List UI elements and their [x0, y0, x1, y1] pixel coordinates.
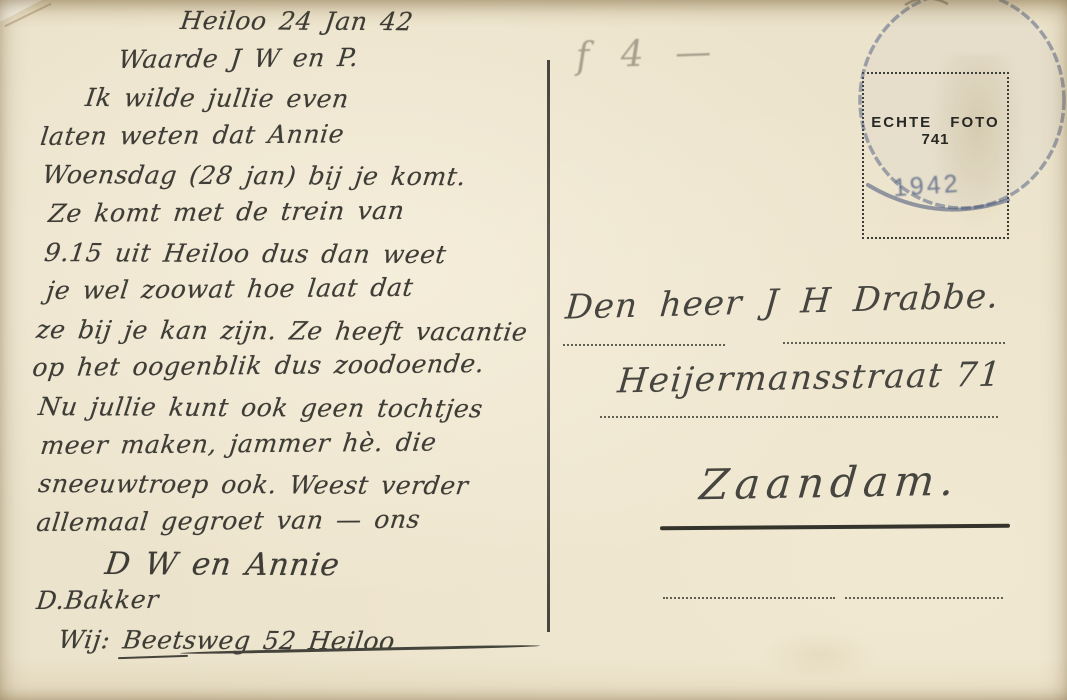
message-line: je wel zoowat hoe laat dat — [44, 272, 561, 315]
address-dotted-line — [663, 597, 835, 599]
message-line: laten weten dat Annie — [38, 117, 561, 160]
address-city: Zaandam. — [698, 456, 962, 510]
message-line: allemaal gegroet van — ons — [34, 503, 561, 546]
address-dotted-line — [563, 344, 725, 346]
city-underline — [660, 524, 1010, 530]
message-line: op het oogenblik dus zoodoende. — [30, 349, 561, 392]
address-dotted-line — [600, 416, 998, 418]
price-pencil-mark: f 4 — — [575, 31, 721, 77]
message-salutation: Waarde J W en P. — [116, 41, 561, 83]
address-dotted-line — [783, 342, 1005, 344]
postmark-year: 1942 — [892, 170, 961, 204]
address-dotted-line — [845, 597, 1003, 599]
stamp-box-number: 741 — [921, 131, 949, 148]
message-dateline: Heiloo 24 Jan 42 — [178, 6, 561, 47]
address-recipient: Den heer J H Drabbe. — [564, 276, 1001, 327]
message-line: Ze komt met de trein van — [46, 195, 561, 238]
stamp-box: ECHTE FOTO 741 — [862, 72, 1009, 239]
paper-stain — [760, 630, 880, 680]
address-street: Heijermansstraat 71 — [616, 355, 1004, 402]
center-divider-line — [547, 60, 550, 632]
stamp-box-text: ECHTE FOTO — [871, 114, 999, 131]
signature-secondary: D.Bakker — [34, 582, 561, 625]
message-block: Heiloo 24 Jan 42 Waarde J W en P. Ik wil… — [30, 6, 558, 664]
message-line: meer maken, jammer hè. die — [38, 426, 561, 469]
postcard-back: Heiloo 24 Jan 42 Waarde J W en P. Ik wil… — [0, 0, 1067, 700]
